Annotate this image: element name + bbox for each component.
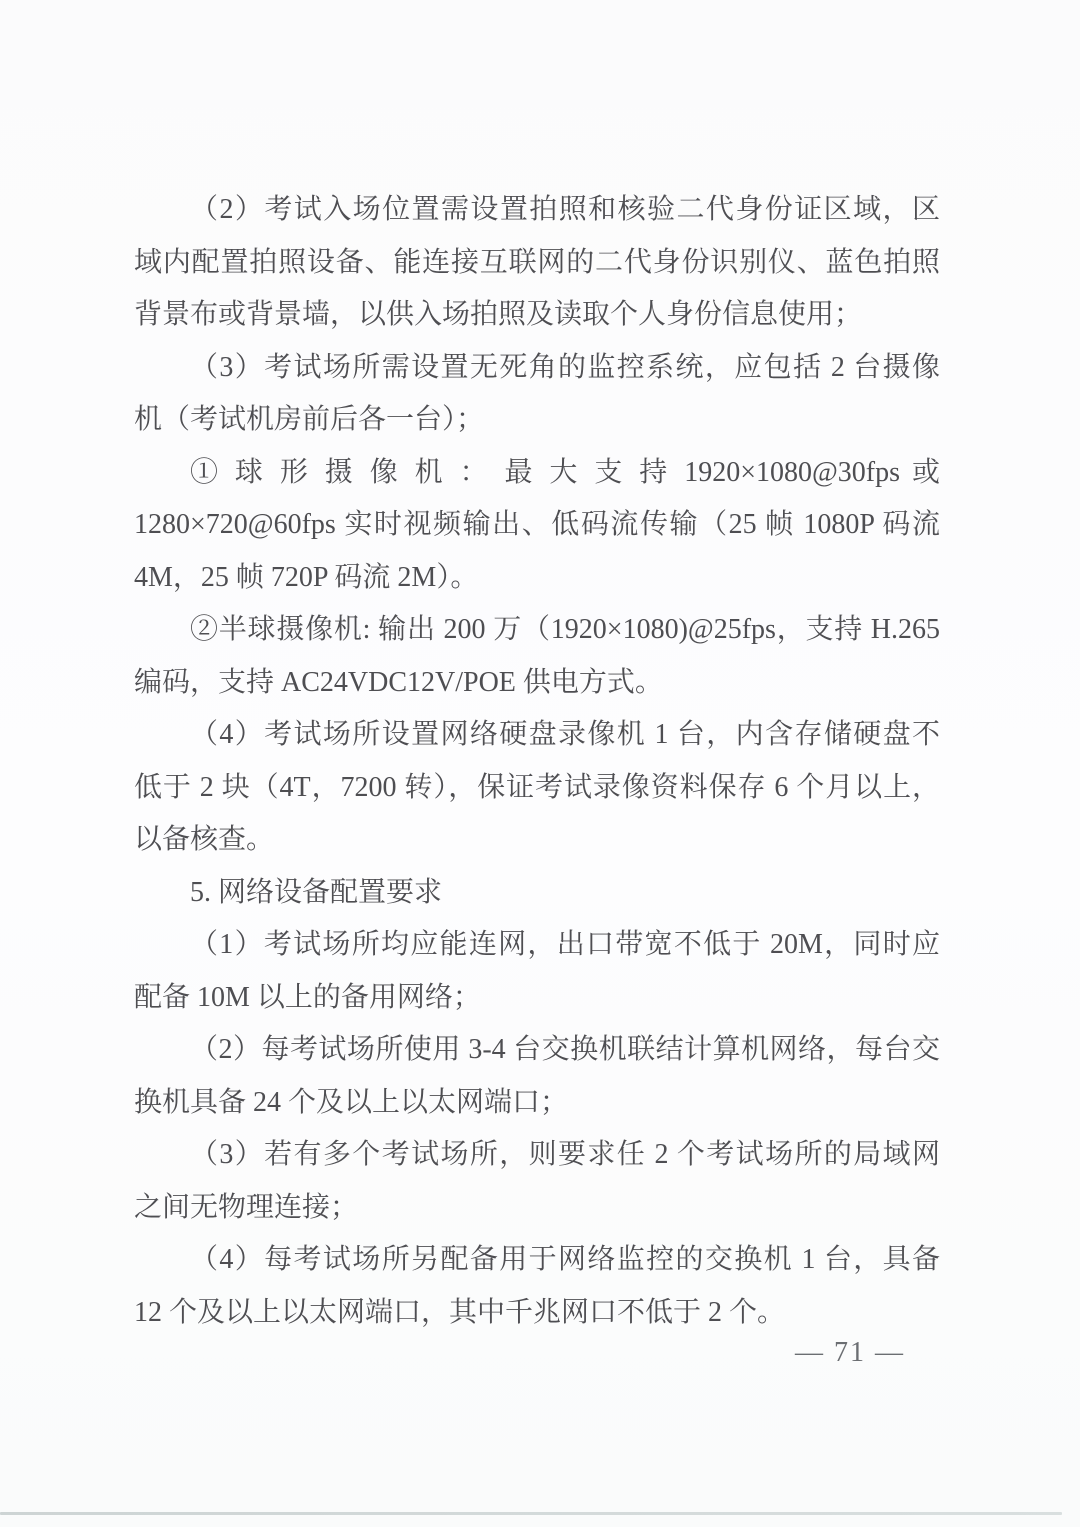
- text-line: ②半球摄像机: 输出 200 万（1920×1080)@25fps，支持 H.2…: [134, 604, 940, 657]
- text-line: 编码，支持 AC24VDC12V/POE 供电方式。: [134, 657, 940, 710]
- text-line: （4）考试场所设置网络硬盘录像机 1 台，内含存储硬盘不: [134, 709, 940, 762]
- text-line: （2）考试入场位置需设置拍照和核验二代身份证区域，区: [134, 184, 940, 237]
- scan-edge-line: [0, 1512, 1062, 1515]
- text-line: （1）考试场所均应能连网，出口带宽不低于 20M，同时应: [134, 919, 940, 972]
- page-number: — 71 —: [775, 1328, 925, 1378]
- text-line: ① 球 形 摄 像 机 ： 最 大 支 持 1920×1080@30fps 或: [134, 447, 940, 500]
- text-line: （3）若有多个考试场所，则要求任 2 个考试场所的局域网: [134, 1129, 940, 1182]
- text-line: 配备 10M 以上的备用网络；: [134, 972, 940, 1025]
- text-line: （2）每考试场所使用 3-4 台交换机联结计算机网络，每台交: [134, 1024, 940, 1077]
- text-line: 域内配置拍照设备、能连接互联网的二代身份识别仪、蓝色拍照: [134, 237, 940, 290]
- text-line: （3）考试场所需设置无死角的监控系统，应包括 2 台摄像: [134, 342, 940, 395]
- text-line: 以备核查。: [134, 814, 940, 867]
- document-body: （2）考试入场位置需设置拍照和核验二代身份证区域，区 域内配置拍照设备、能连接互…: [134, 184, 940, 1339]
- text-line: （4）每考试场所另配备用于网络监控的交换机 1 台，具备: [134, 1234, 940, 1287]
- text-line: 背景布或背景墙，以供入场拍照及读取个人身份信息使用；: [134, 289, 940, 342]
- text-line: 机（考试机房前后各一台）；: [134, 394, 940, 447]
- scanned-document-page: （2）考试入场位置需设置拍照和核验二代身份证区域，区 域内配置拍照设备、能连接互…: [0, 0, 1080, 1527]
- text-line: 4M，25 帧 720P 码流 2M）。: [134, 552, 940, 605]
- text-line: 1280×720@60fps 实时视频输出、低码流传输（25 帧 1080P 码…: [134, 499, 940, 552]
- text-line: 换机具备 24 个及以上以太网端口；: [134, 1077, 940, 1130]
- text-line: 低于 2 块（4T，7200 转），保证考试录像资料保存 6 个月以上，: [134, 762, 940, 815]
- text-line: 之间无物理连接；: [134, 1182, 940, 1235]
- section-heading-line: 5. 网络设备配置要求: [134, 867, 940, 920]
